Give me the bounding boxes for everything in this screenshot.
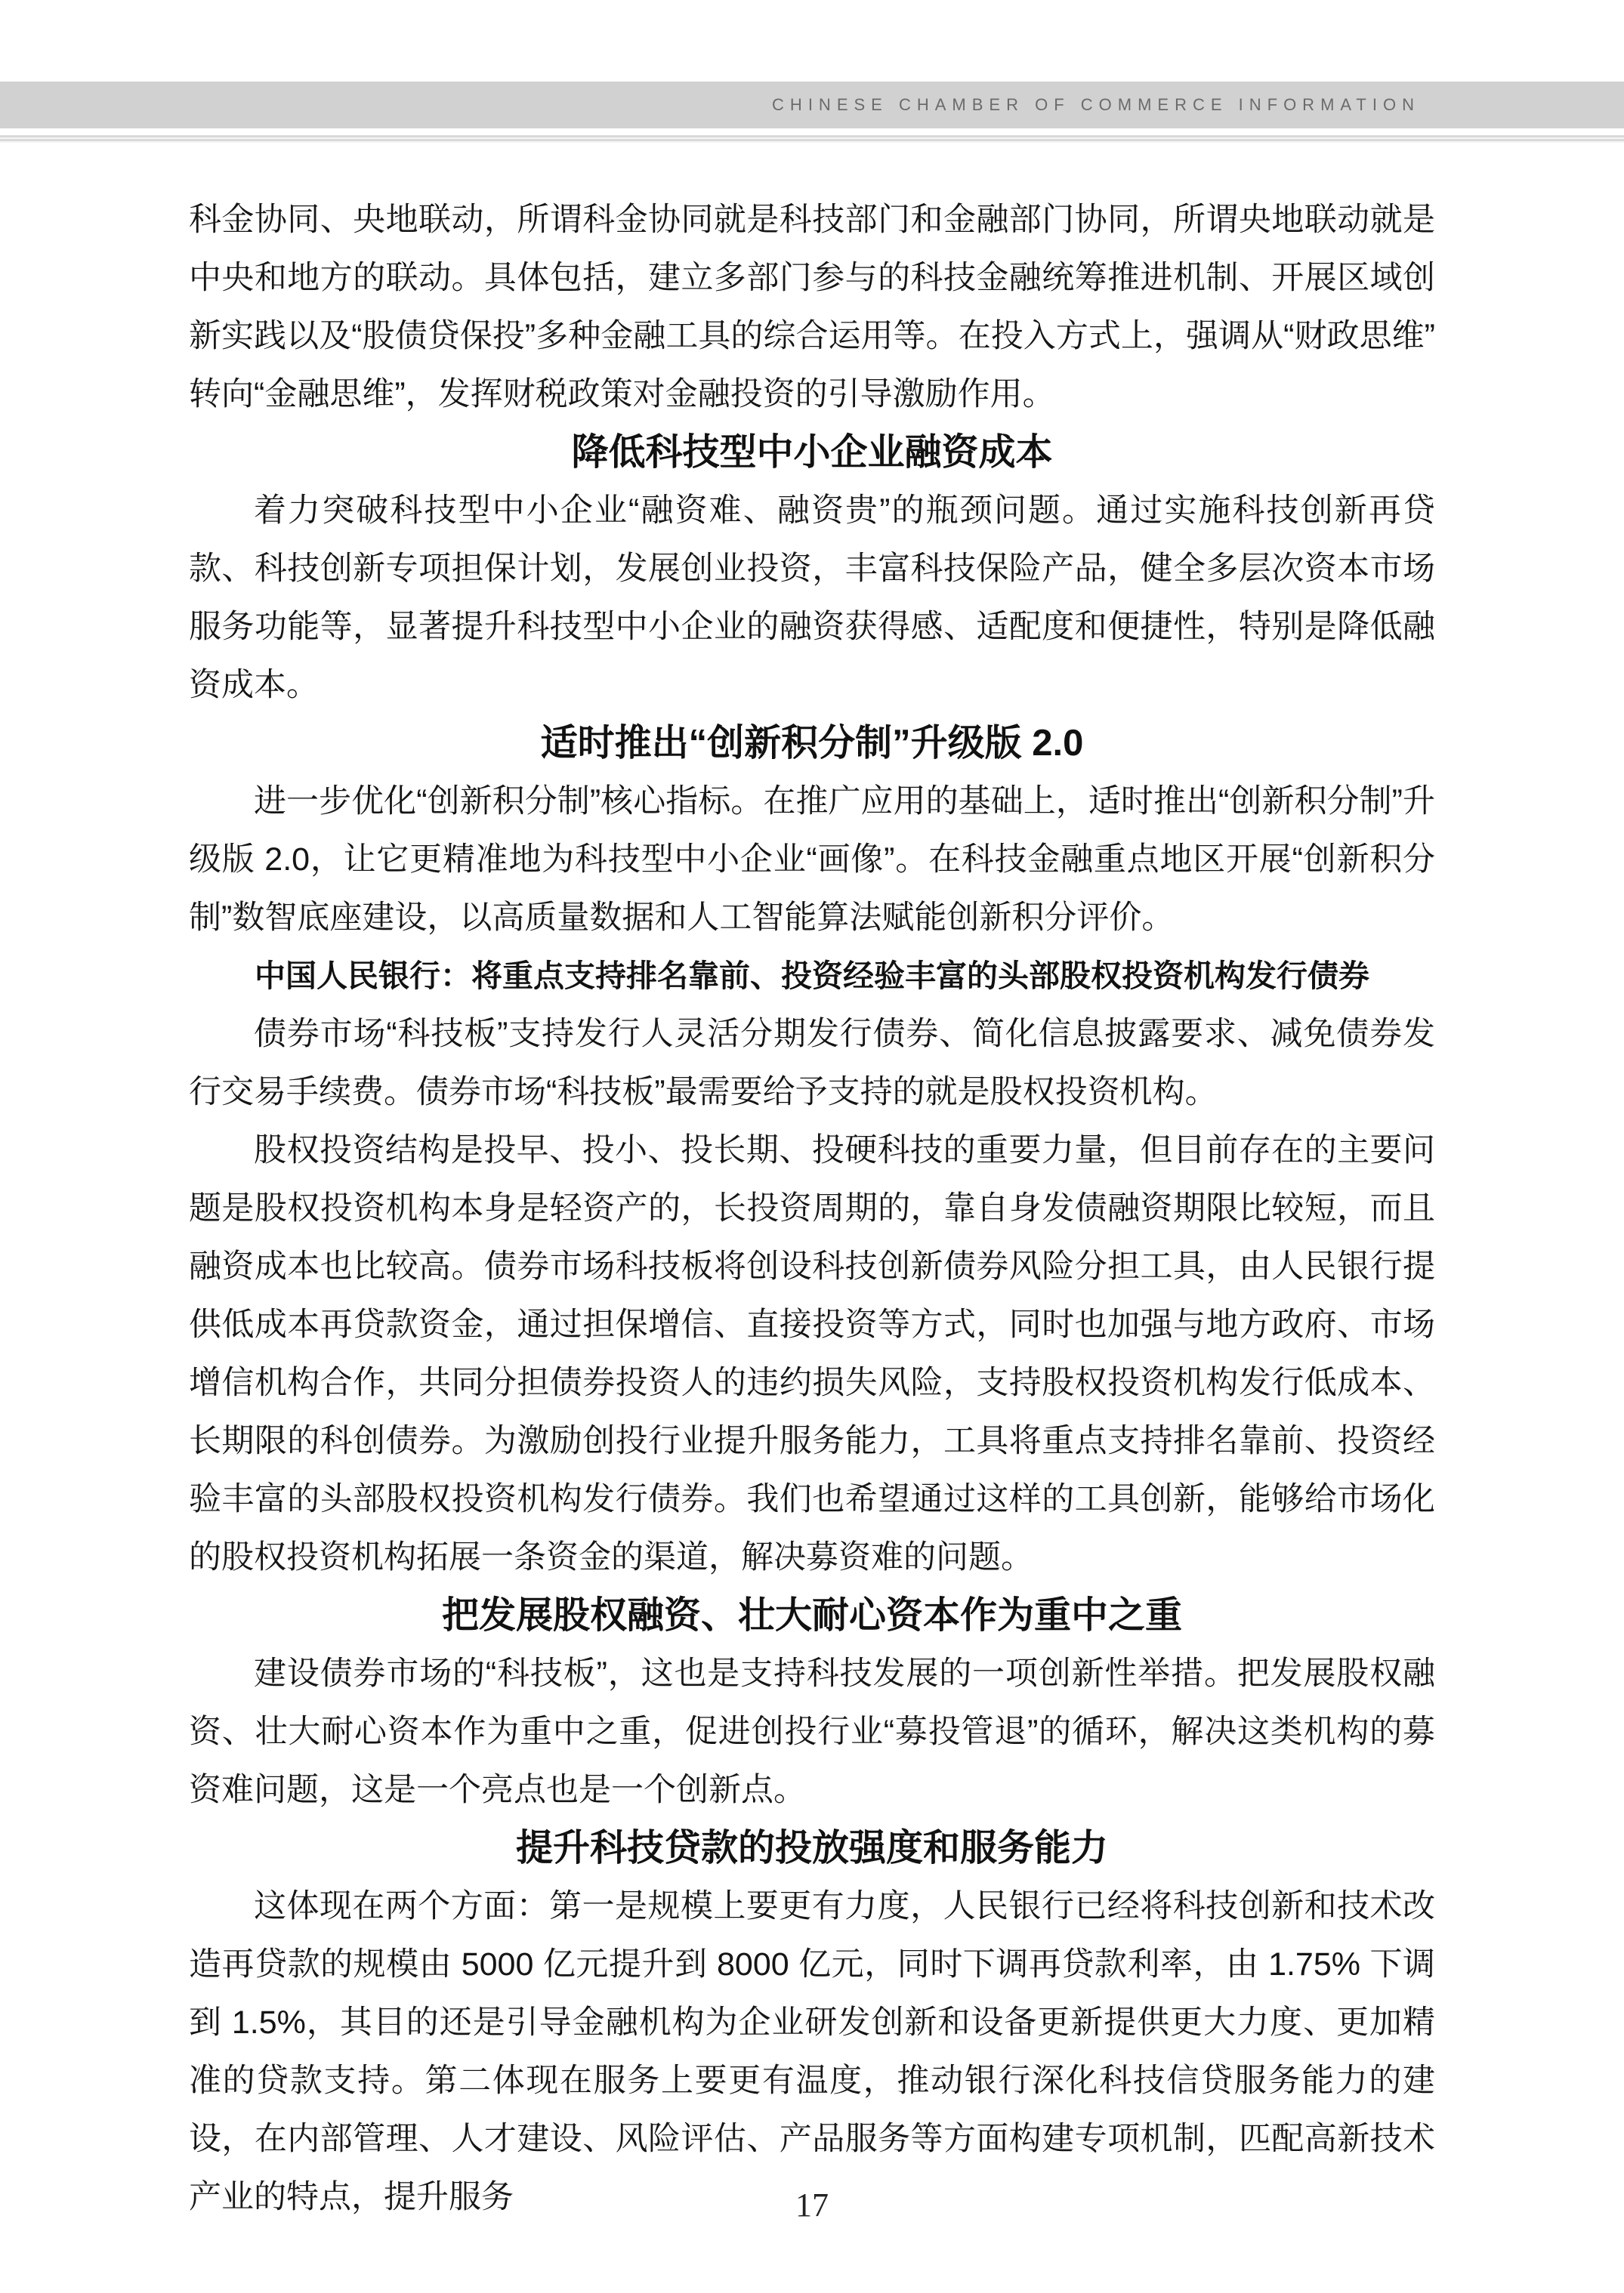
- header-rule: [0, 135, 1624, 143]
- body-paragraph: 债券市场“科技板”支持发行人灵活分期发行债券、简化信息披露要求、减免债券发行交易…: [189, 1005, 1435, 1122]
- body-paragraph: 这体现在两个方面：第一是规模上要更有力度，人民银行已经将科技创新和技术改造再贷款…: [189, 1878, 1435, 2227]
- section-heading: 降低科技型中小企业融资成本: [189, 424, 1435, 482]
- body-paragraph: 建设债券市场的“科技板”，这也是支持科技发展的一项创新性举措。把发展股权融资、壮…: [189, 1645, 1435, 1819]
- section-heading: 适时推出“创新积分制”升级版 2.0: [189, 714, 1435, 773]
- header-banner: CHINESE CHAMBER OF COMMERCE INFORMATION: [0, 82, 1624, 128]
- section-heading: 提升科技贷款的投放强度和服务能力: [189, 1819, 1435, 1878]
- body-paragraph: 着力突破科技型中小企业“融资难、融资贵”的瓶颈问题。通过实施科技创新再贷款、科技…: [189, 482, 1435, 714]
- body-paragraph: 进一步优化“创新积分制”核心指标。在推广应用的基础上，适时推出“创新积分制”升级…: [189, 773, 1435, 947]
- body-paragraph: 股权投资结构是投早、投小、投长期、投硬科技的重要力量，但目前存在的主要问题是股权…: [189, 1122, 1435, 1587]
- header-banner-text: CHINESE CHAMBER OF COMMERCE INFORMATION: [772, 95, 1420, 115]
- section-heading: 中国人民银行：将重点支持排名靠前、投资经验丰富的头部股权投资机构发行债券: [189, 947, 1435, 1005]
- document-page: CHINESE CHAMBER OF COMMERCE INFORMATION …: [0, 0, 1624, 2293]
- article-body: 科金协同、央地联动，所谓科金协同就是科技部门和金融部门协同，所谓央地联动就是中央…: [189, 191, 1435, 2227]
- section-heading: 把发展股权融资、壮大耐心资本作为重中之重: [189, 1587, 1435, 1645]
- page-number: 17: [0, 2189, 1624, 2222]
- body-paragraph: 科金协同、央地联动，所谓科金协同就是科技部门和金融部门协同，所谓央地联动就是中央…: [189, 191, 1435, 424]
